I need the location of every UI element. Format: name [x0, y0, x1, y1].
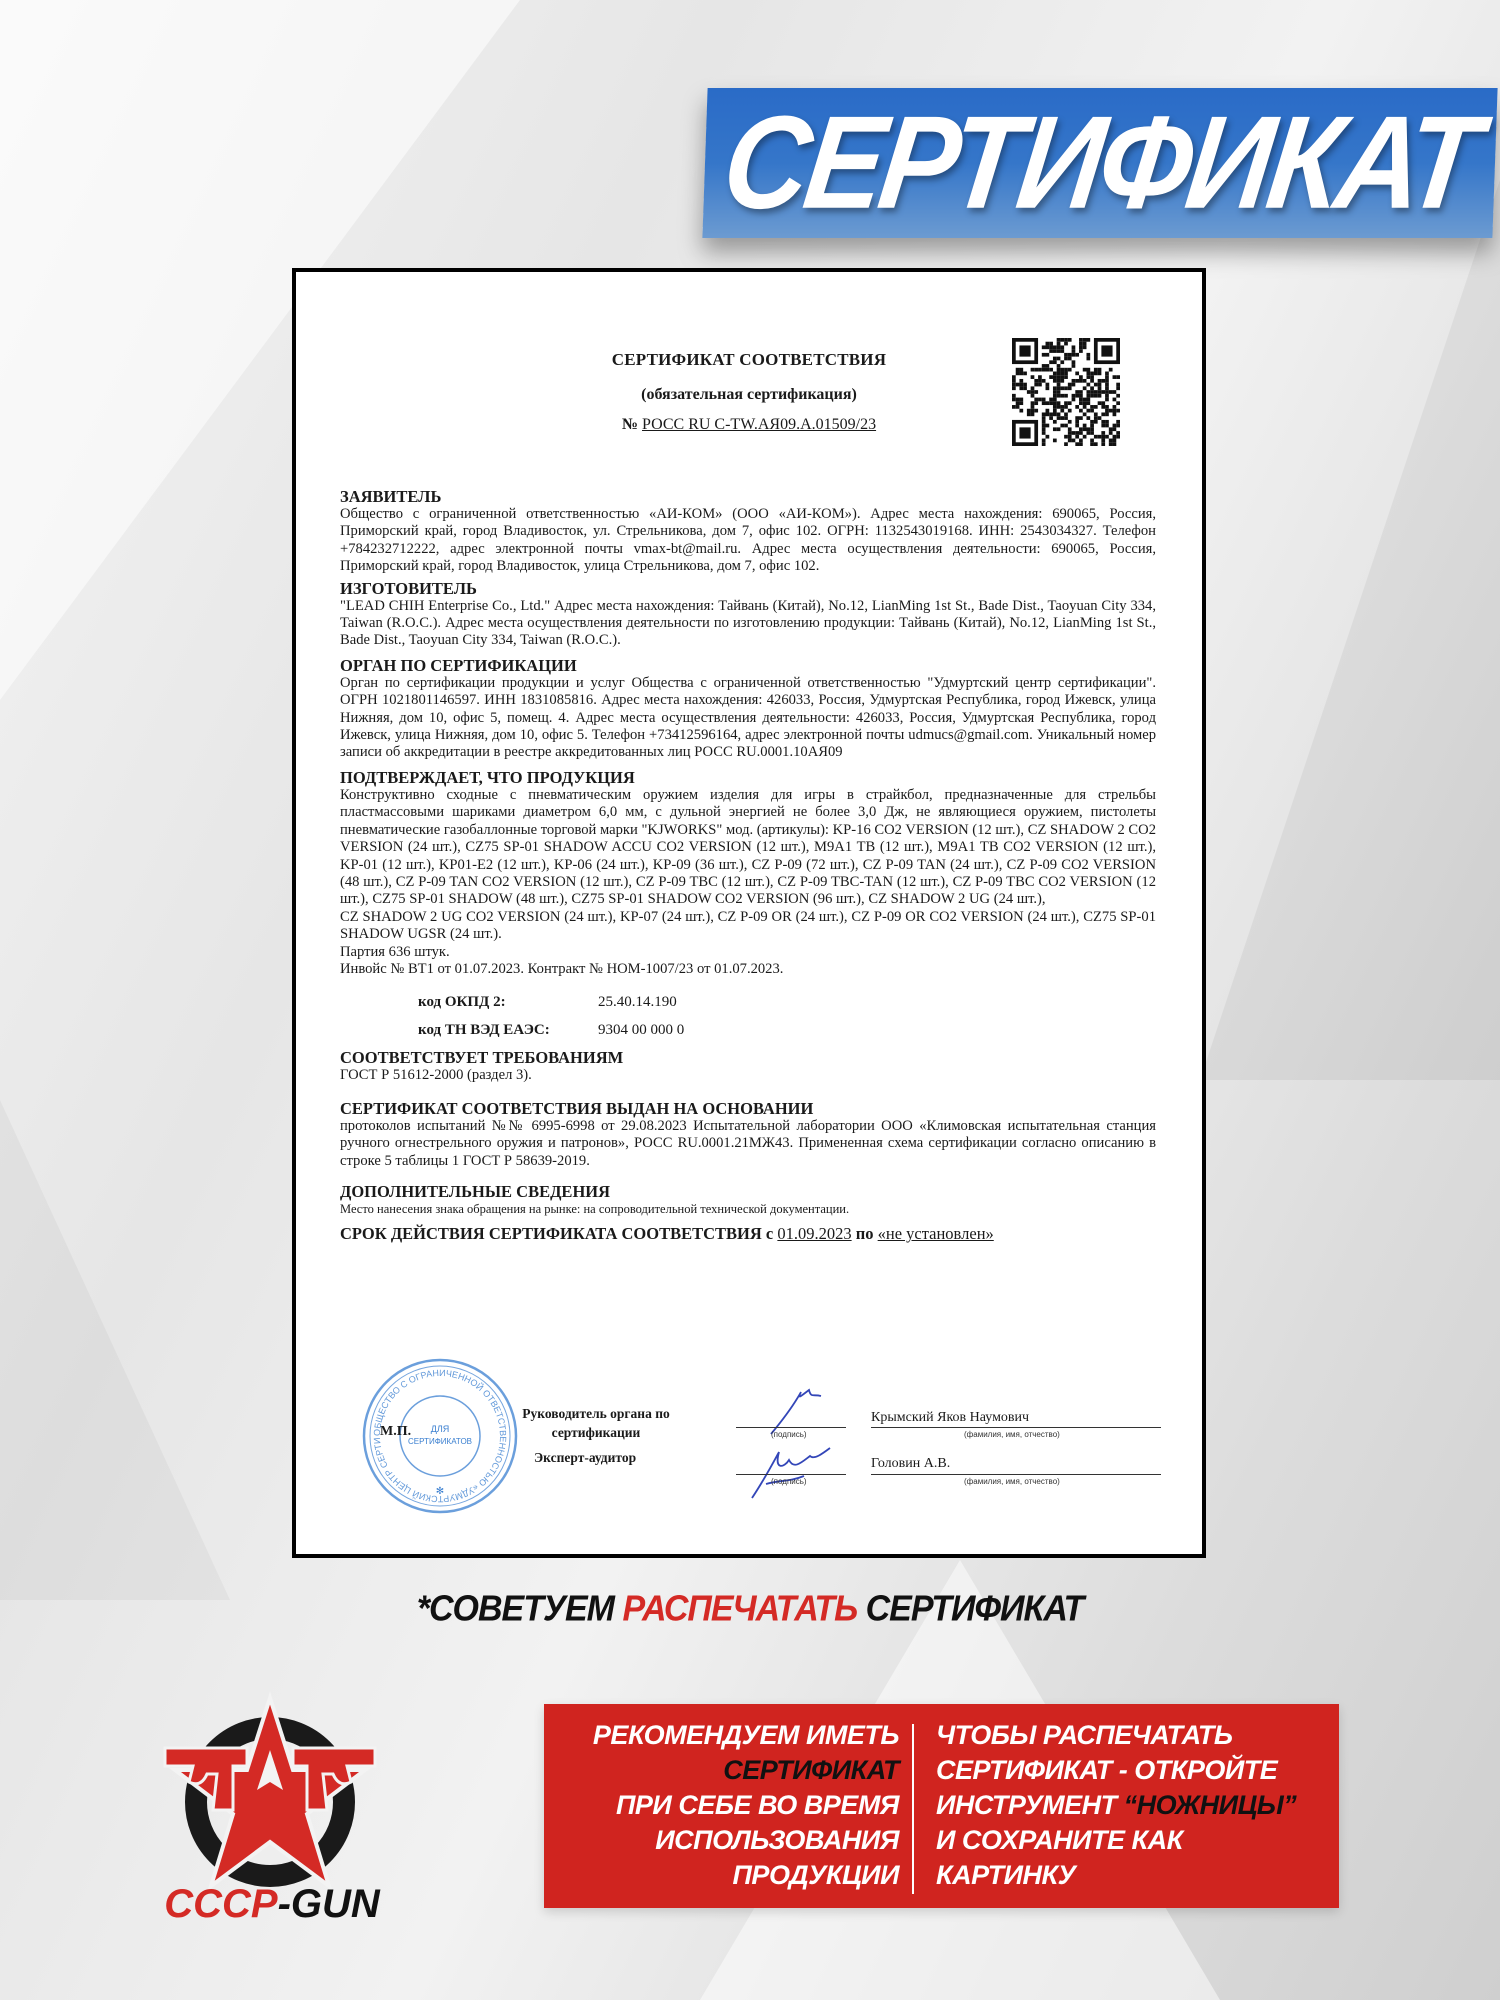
section-basis: СЕРТИФИКАТ СООТВЕТСТВИЯ ВЫДАН НА ОСНОВАН…	[340, 1099, 1156, 1170]
signature-line	[736, 1474, 846, 1475]
print-advice: *СОВЕТУЕМ РАСПЕЧАТАТЬ СЕРТИФИКАТ	[0, 1589, 1500, 1630]
name-line	[871, 1474, 1161, 1475]
background-facet	[0, 1100, 230, 1600]
role-head: Руководитель органа по сертификации	[521, 1404, 671, 1442]
logo-text: CCCP-GUN	[152, 1882, 392, 1927]
banner-title: СЕРТИФИКАТ	[716, 97, 1483, 229]
svg-text:✻: ✻	[436, 1486, 444, 1497]
section-product: ПОДТВЕРЖДАЕТ, ЧТО ПРОДУКЦИЯ Конструктивн…	[340, 768, 1156, 978]
svg-text:ДЛЯ: ДЛЯ	[431, 1424, 450, 1434]
signature-line	[736, 1427, 846, 1428]
signature-area: ОБЩЕСТВО С ОГРАНИЧЕННОЙ ОТВЕТСТВЕННОСТЬЮ…	[296, 1354, 1202, 1524]
role-expert: Эксперт-аудитор	[534, 1450, 636, 1466]
expert-name: Головин А.В.	[871, 1456, 950, 1472]
stamp-label: М.П.	[380, 1424, 411, 1440]
signature-head-icon	[751, 1386, 841, 1436]
validity-period: СРОК ДЕЙСТВИЯ СЕРТИФИКАТА СООТВЕТСТВИЯ с…	[340, 1224, 1156, 1244]
header-banner: СЕРТИФИКАТ	[702, 88, 1497, 238]
svg-text:СЕРТИФИКАТОВ: СЕРТИФИКАТОВ	[408, 1437, 472, 1446]
background-facet	[1200, 180, 1500, 1080]
info-right-text: ЧТОБЫ РАСПЕЧАТАТЬ СЕРТИФИКАТ - ОТКРОЙТЕ …	[936, 1718, 1336, 1893]
section-requirements: СООТВЕТСТВУЕТ ТРЕБОВАНИЯМ ГОСТ Р 51612-2…	[340, 1048, 1156, 1084]
info-box: РЕКОМЕНДУЕМ ИМЕТЬ СЕРТИФИКАТ ПРИ СЕБЕ ВО…	[544, 1704, 1339, 1908]
signature-expert-icon	[744, 1440, 854, 1500]
info-divider	[912, 1724, 914, 1894]
product-codes: код ОКПД 2: 25.40.14.190 код ТН ВЭД ЕАЭС…	[418, 988, 1156, 1044]
certificate-document: СЕРТИФИКАТ СООТВЕТСТВИЯ (обязательная се…	[292, 268, 1206, 1558]
name-line	[871, 1427, 1161, 1428]
code-row: код ТН ВЭД ЕАЭС: 9304 00 000 0	[418, 1016, 1156, 1044]
section-applicant: ЗАЯВИТЕЛЬ Общество с ограниченной ответс…	[340, 487, 1156, 576]
section-cert-body: ОРГАН ПО СЕРТИФИКАЦИИ Орган по сертифика…	[340, 656, 1156, 762]
head-name: Крымский Яков Наумович	[871, 1410, 1029, 1426]
section-manufacturer: ИЗГОТОВИТЕЛЬ "LEAD CHIH Enterprise Co., …	[340, 579, 1156, 650]
section-additional: ДОПОЛНИТЕЛЬНЫЕ СВЕДЕНИЯ Место нанесения …	[340, 1182, 1156, 1218]
info-left-text: РЕКОМЕНДУЕМ ИМЕТЬ СЕРТИФИКАТ ПРИ СЕБЕ ВО…	[554, 1718, 899, 1893]
document-body: ЗАЯВИТЕЛЬ Общество с ограниченной ответс…	[340, 484, 1156, 1244]
code-row: код ОКПД 2: 25.40.14.190	[418, 988, 1156, 1016]
qr-code-icon	[1012, 338, 1120, 446]
